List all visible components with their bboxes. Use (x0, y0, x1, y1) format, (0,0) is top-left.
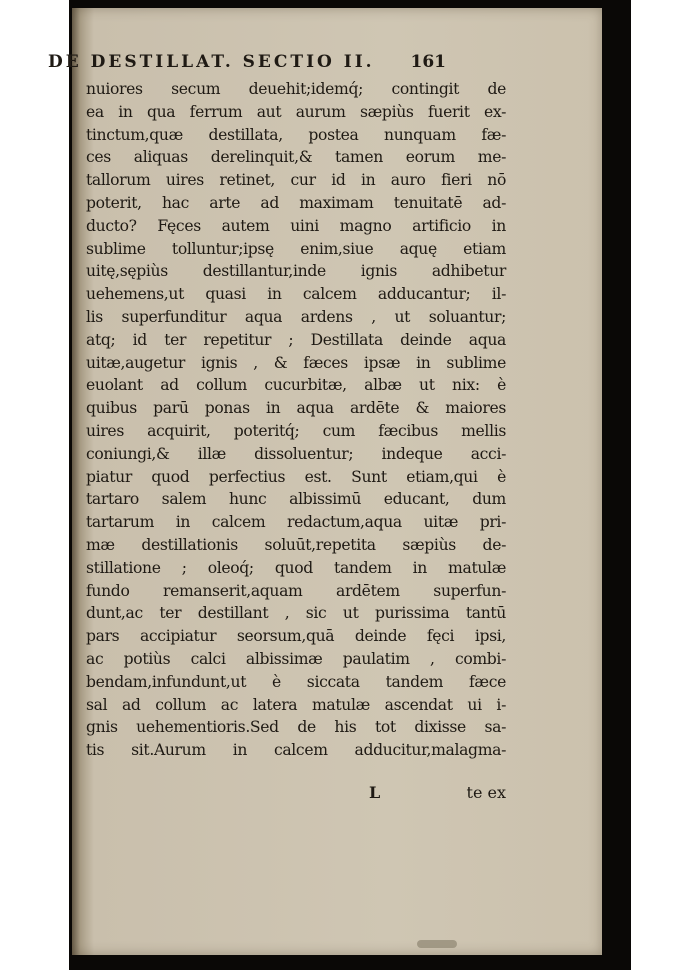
text-line: quibus parū ponas in aqua ardēte & maior… (86, 397, 506, 420)
text-line: coniungi,& illæ dissoluentur; indeque ac… (86, 443, 506, 466)
running-head: DE DESTILLAT. SECTIO II. (48, 52, 375, 72)
text-line: tartarum in calcem redactum,aqua uitæ pr… (86, 511, 506, 534)
text-line: uires acquirit, poteritq́; cum fæcibus m… (86, 420, 506, 443)
text-line: uehemens,ut quasi in calcem adducantur; … (86, 283, 506, 306)
page-header: DE DESTILLAT. SECTIO II. 161 (48, 52, 446, 72)
text-line: tis sit.Aurum in calcem adducitur,malagm… (86, 739, 506, 762)
text-line: ces aliquas derelinquit,& tamen eorum me… (86, 146, 506, 169)
text-line: lis superfunditur aqua ardens , ut solua… (86, 306, 506, 329)
text-line: nuiores secum deuehit;idemq́; contingit … (86, 78, 506, 101)
text-line: tinctum,quæ destillata, postea nunquam f… (86, 124, 506, 147)
text-line: ea in qua ferrum aut aurum sæpiùs fuerit… (86, 101, 506, 124)
paper-stain (417, 940, 457, 948)
text-line: euolant ad collum cucurbitæ, albæ ut nix… (86, 374, 506, 397)
catchword: te ex (467, 783, 506, 802)
text-line: mæ destillationis soluūt,repetita sæpiùs… (86, 534, 506, 557)
text-line: ac potiùs calci albissimæ paulatim , com… (86, 648, 506, 671)
text-line: tallorum uires retinet, cur id in auro f… (86, 169, 506, 192)
text-line: ducto? Fęces autem uini magno artificio … (86, 215, 506, 238)
page-body-text: nuiores secum deuehit;idemq́; contingit … (86, 78, 506, 762)
text-line: stillatione ; oleoq́; quod tandem in mat… (86, 557, 506, 580)
text-line: poterit, hac arte ad maximam tenuitatē a… (86, 192, 506, 215)
text-line: sublime tolluntur;ipsę enim,siue aquę et… (86, 238, 506, 261)
text-line: atq; id ter repetitur ; Destillata deind… (86, 329, 506, 352)
text-line: uitæ,augetur ignis , & fæces ipsæ in sub… (86, 352, 506, 375)
text-line: sal ad collum ac latera matulæ ascendat … (86, 694, 506, 717)
text-line: bendam,infundunt,ut è siccata tandem fæc… (86, 671, 506, 694)
text-line: gnis uehementioris.Sed de his tot dixiss… (86, 716, 506, 739)
text-line: fundo remanserit,aquam ardētem superfun- (86, 580, 506, 603)
text-line: uitę,sępiùs destillantur,inde ignis adhi… (86, 260, 506, 283)
signature-mark: L (369, 783, 380, 802)
text-line: tartaro salem hunc albissimū educant, du… (86, 488, 506, 511)
text-line: piatur quod perfectius est. Sunt etiam,q… (86, 466, 506, 489)
text-line: dunt,ac ter destillant , sic ut purissim… (86, 602, 506, 625)
text-line: pars accipiatur seorsum,quā deinde fęci … (86, 625, 506, 648)
page-number: 161 (411, 52, 447, 72)
